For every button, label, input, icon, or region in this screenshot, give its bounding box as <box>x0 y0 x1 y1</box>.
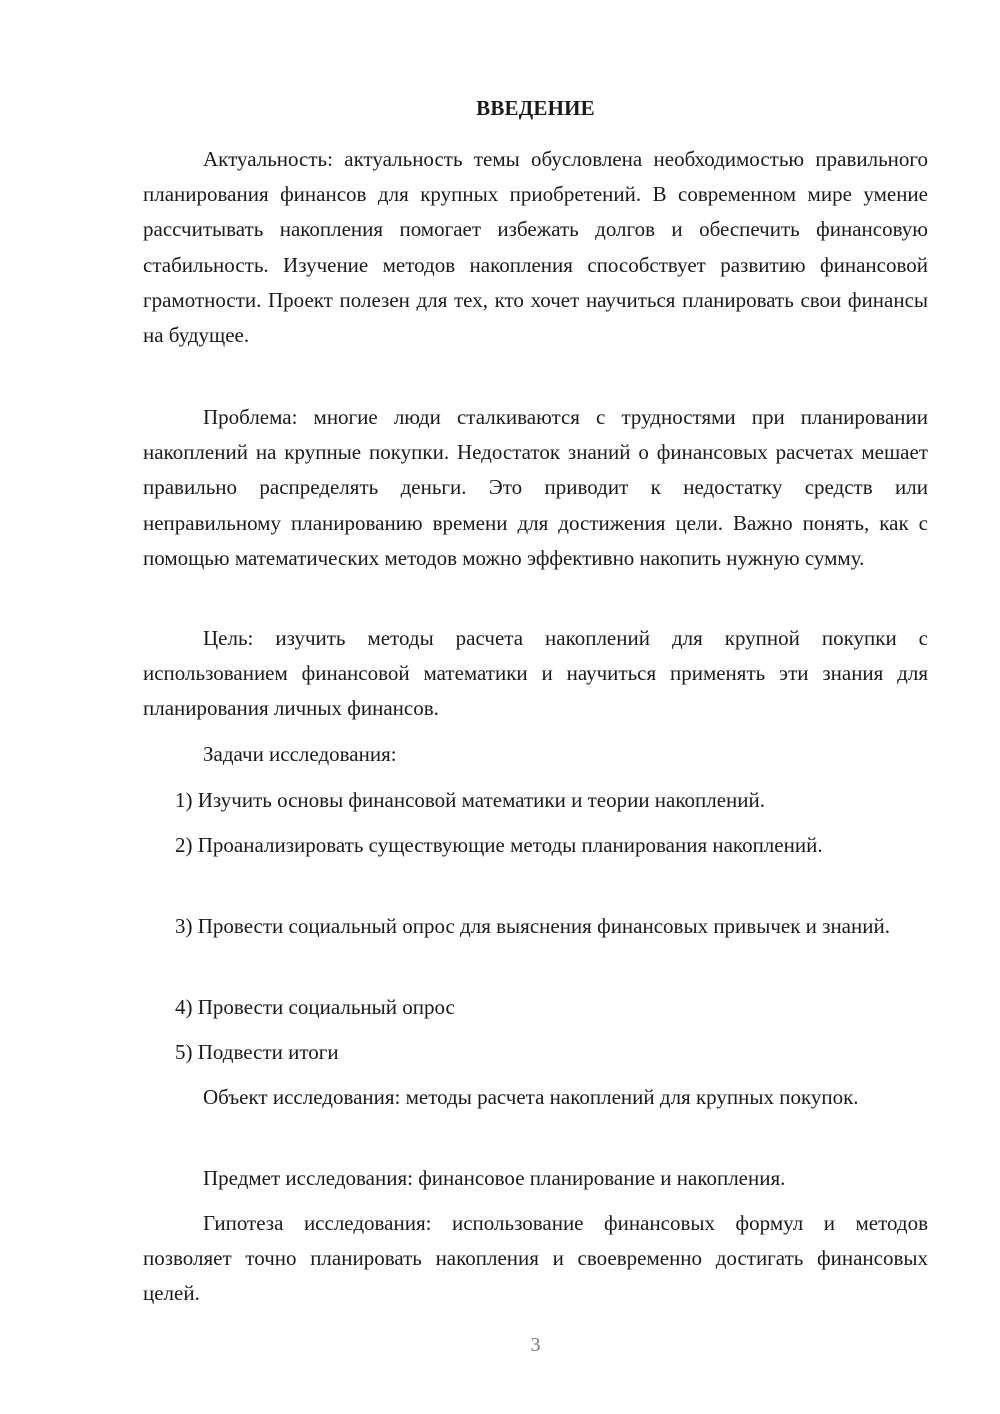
paragraph-problem: Проблема: многие люди сталкиваются с тру… <box>143 400 928 576</box>
task-item-1: 1) Изучить основы финансовой математики … <box>143 783 928 818</box>
paragraph-goal: Цель: изучить методы расчета накоплений … <box>143 621 928 727</box>
paragraph-hypothesis: Гипотеза исследования: использование фин… <box>143 1206 928 1312</box>
paragraph-relevance: Актуальность: актуальность темы обусловл… <box>143 142 928 353</box>
page-number: 3 <box>143 1334 928 1357</box>
tasks-heading: Задачи исследования: <box>143 737 928 772</box>
task-item-5: 5) Подвести итоги <box>143 1035 928 1070</box>
task-item-3: 3) Провести социальный опрос для выяснен… <box>143 909 928 944</box>
task-item-4: 4) Провести социальный опрос <box>143 990 928 1025</box>
task-item-2: 2) Проанализировать существующие методы … <box>143 828 928 863</box>
paragraph-object: Объект исследования: методы расчета нако… <box>143 1080 928 1115</box>
paragraph-subject: Предмет исследования: финансовое планиро… <box>143 1161 928 1196</box>
page-title: ВВЕДЕНИЕ <box>143 96 928 121</box>
